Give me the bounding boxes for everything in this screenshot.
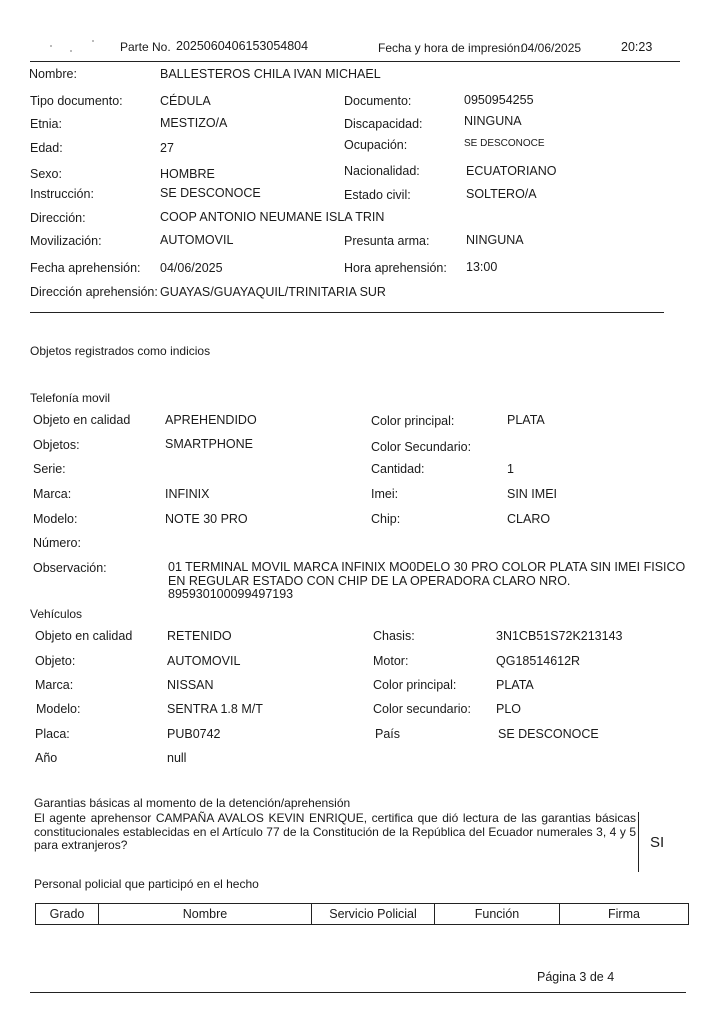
scan-speck xyxy=(70,50,72,52)
tel-imei-value: SIN IMEI xyxy=(507,487,557,501)
veh-pais-label: País xyxy=(375,727,400,741)
page-number: Página 3 de 4 xyxy=(537,970,614,984)
tel-objetos-value: SMARTPHONE xyxy=(165,437,253,451)
tipo-doc-label: Tipo documento: xyxy=(30,94,123,108)
veh-placa-value: PUB0742 xyxy=(167,727,221,741)
movilizacion-label: Movilización: xyxy=(30,234,102,248)
arma-value: NINGUNA xyxy=(466,233,524,247)
tel-cantidad-label: Cantidad: xyxy=(371,462,425,476)
estado-civil-label: Estado civil: xyxy=(344,188,411,202)
objetos-title: Objetos registrados como indicios xyxy=(30,344,210,358)
veh-calidad-value: RETENIDO xyxy=(167,629,232,643)
documento-label: Documento: xyxy=(344,94,411,108)
veh-marca-value: NISSAN xyxy=(167,678,214,692)
tel-chip-label: Chip: xyxy=(371,512,400,526)
etnia-value: MESTIZO/A xyxy=(160,116,227,130)
scan-speck xyxy=(92,40,94,42)
instruccion-value: SE DESCONOCE xyxy=(160,186,261,200)
veh-modelo-value: SENTRA 1.8 M/T xyxy=(167,702,263,716)
print-date: 04/06/2025 xyxy=(521,41,581,55)
veh-anio-label: Año xyxy=(35,751,57,765)
ocupacion-value: SE DESCONOCE xyxy=(464,138,545,149)
vehiculos-title: Vehículos xyxy=(30,607,82,621)
col-firma: Firma xyxy=(560,904,689,925)
tel-objetos-label: Objetos: xyxy=(33,438,80,452)
veh-motor-label: Motor: xyxy=(373,654,408,668)
veh-motor-value: QG18514612R xyxy=(496,654,580,668)
tel-marca-value: INFINIX xyxy=(165,487,209,501)
nombre-label: Nombre: xyxy=(29,67,77,81)
col-servicio: Servicio Policial xyxy=(312,904,435,925)
parte-number: 2025060406153054804 xyxy=(176,39,308,53)
col-nombre: Nombre xyxy=(99,904,312,925)
hora-aprehension-value: 13:00 xyxy=(466,260,497,274)
estado-civil-value: SOLTERO/A xyxy=(466,187,537,201)
direccion-value: COOP ANTONIO NEUMANE ISLA TRIN xyxy=(160,210,384,224)
garantias-title: Garantias básicas al momento de la deten… xyxy=(34,796,350,810)
fecha-aprehension-label: Fecha aprehensión: xyxy=(30,261,141,275)
parte-label: Parte No. xyxy=(120,40,171,54)
veh-calidad-label: Objeto en calidad xyxy=(35,629,132,643)
print-time: 20:23 xyxy=(621,40,652,54)
garantias-divider xyxy=(638,812,639,872)
veh-color-secundario-value: PLO xyxy=(496,702,521,716)
edad-label: Edad: xyxy=(30,141,63,155)
arma-label: Presunta arma: xyxy=(344,234,429,248)
etnia-label: Etnia: xyxy=(30,117,62,131)
veh-anio-value: null xyxy=(167,751,186,765)
sexo-label: Sexo: xyxy=(30,167,62,181)
hora-aprehension-label: Hora aprehensión: xyxy=(344,261,447,275)
discapacidad-value: NINGUNA xyxy=(464,114,522,128)
veh-placa-label: Placa: xyxy=(35,727,70,741)
col-grado: Grado xyxy=(36,904,99,925)
tel-numero-label: Número: xyxy=(33,536,81,550)
veh-marca-label: Marca: xyxy=(35,678,73,692)
veh-chasis-label: Chasis: xyxy=(373,629,415,643)
direccion-aprehension-value: GUAYAS/GUAYAQUIL/TRINITARIA SUR xyxy=(160,285,386,299)
documento-value: 0950954255 xyxy=(464,93,534,107)
instruccion-label: Instrucción: xyxy=(30,187,94,201)
tel-modelo-label: Modelo: xyxy=(33,512,77,526)
veh-color-secundario-label: Color secundario: xyxy=(373,702,471,716)
nacionalidad-value: ECUATORIANO xyxy=(466,164,557,178)
veh-objeto-value: AUTOMOVIL xyxy=(167,654,240,668)
tel-imei-label: Imei: xyxy=(371,487,398,501)
person-divider xyxy=(30,312,664,313)
tel-observacion-label: Observación: xyxy=(33,561,107,575)
veh-modelo-label: Modelo: xyxy=(36,702,80,716)
tel-chip-value: CLARO xyxy=(507,512,550,526)
header-divider xyxy=(30,61,680,62)
tel-color-secundario-label: Color Secundario: xyxy=(371,440,471,454)
veh-pais-value: SE DESCONOCE xyxy=(498,727,599,741)
tel-color-principal-label: Color principal: xyxy=(371,414,454,428)
scan-speck xyxy=(50,45,52,47)
tel-color-principal-value: PLATA xyxy=(507,413,545,427)
garantias-text: El agente aprehensor CAMPAÑA AVALOS KEVI… xyxy=(34,812,636,853)
direccion-aprehension-label: Dirección aprehensión: xyxy=(30,285,158,299)
direccion-label: Dirección: xyxy=(30,211,86,225)
nacionalidad-label: Nacionalidad: xyxy=(344,164,420,178)
telefonia-title: Telefonía movil xyxy=(30,391,110,405)
veh-color-principal-value: PLATA xyxy=(496,678,534,692)
garantias-answer: SI xyxy=(650,834,664,851)
tel-cantidad-value: 1 xyxy=(507,462,514,476)
tel-marca-label: Marca: xyxy=(33,487,71,501)
ocupacion-label: Ocupación: xyxy=(344,138,407,152)
veh-objeto-label: Objeto: xyxy=(35,654,75,668)
tel-calidad-value: APREHENDIDO xyxy=(165,413,257,427)
fecha-aprehension-value: 04/06/2025 xyxy=(160,261,223,275)
veh-color-principal-label: Color principal: xyxy=(373,678,456,692)
footer-divider xyxy=(30,992,686,993)
sexo-value: HOMBRE xyxy=(160,167,215,181)
personal-title: Personal policial que participó en el he… xyxy=(34,877,259,891)
tel-calidad-label: Objeto en calidad xyxy=(33,413,130,427)
edad-value: 27 xyxy=(160,141,174,155)
tel-observacion-value: 01 TERMINAL MOVIL MARCA INFINIX MO0DELO … xyxy=(168,561,688,602)
col-funcion: Función xyxy=(435,904,560,925)
tipo-doc-value: CÉDULA xyxy=(160,94,211,108)
discapacidad-label: Discapacidad: xyxy=(344,117,423,131)
print-label: Fecha y hora de impresión: xyxy=(378,41,523,55)
nombre-value: BALLESTEROS CHILA IVAN MICHAEL xyxy=(160,67,381,81)
personal-table: Grado Nombre Servicio Policial Función F… xyxy=(35,903,689,925)
veh-chasis-value: 3N1CB51S72K213143 xyxy=(496,629,623,643)
movilizacion-value: AUTOMOVIL xyxy=(160,233,233,247)
tel-serie-label: Serie: xyxy=(33,462,66,476)
tel-modelo-value: NOTE 30 PRO xyxy=(165,512,248,526)
